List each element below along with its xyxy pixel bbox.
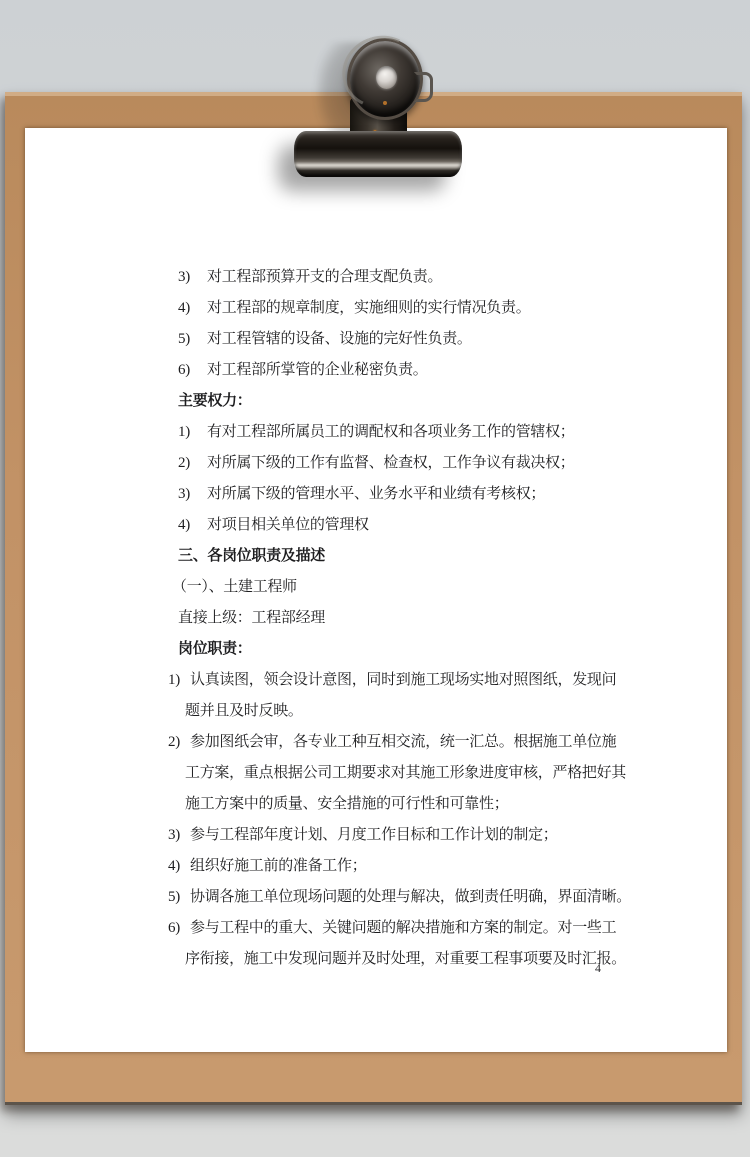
doc-line-text: （一）、土建工程师 xyxy=(172,579,297,595)
doc-line: 6)参与工程中的重大、关键问题的解决措施和方案的制定。对一些工 xyxy=(25,913,727,944)
doc-line: 5)对工程管辖的设备、设施的完好性负责。 xyxy=(25,324,727,355)
doc-line-text: 序衔接，施工中发现问题并及时处理，对重要工程事项要及时汇报。 xyxy=(185,951,626,967)
doc-line-text: 参与工程部年度计划、月度工作目标和工作计划的制定； xyxy=(190,827,558,843)
doc-line: 直接上级：工程部经理 xyxy=(25,603,727,634)
doc-line-text: 施工方案中的质量、安全措施的可行性和可靠性； xyxy=(185,796,508,812)
doc-line: 工方案，重点根据公司工期要求对其施工形象进度审核，严格把好其 xyxy=(25,758,727,789)
doc-line: 2)对所属下级的工作有监督、检查权，工作争议有裁决权； xyxy=(25,448,727,479)
page-number: 4 xyxy=(595,961,601,976)
doc-line: 施工方案中的质量、安全措施的可行性和可靠性； xyxy=(25,789,727,820)
clipboard-board: 3)对工程部预算开支的合理支配负责。4)对工程部的规章制度，实施细则的实行情况负… xyxy=(5,92,742,1105)
doc-line: 2)参加图纸会审，各专业工种互相交流，统一汇总。根据施工单位施 xyxy=(25,727,727,758)
doc-line: 岗位职责： xyxy=(25,634,727,665)
list-marker: 6) xyxy=(168,913,190,944)
doc-line: 4)对项目相关单位的管理权 xyxy=(25,510,727,541)
clipboard-photo-scene: 3)对工程部预算开支的合理支配负责。4)对工程部的规章制度，实施细则的实行情况负… xyxy=(0,0,750,1157)
doc-line-text: 题并且及时反映。 xyxy=(185,703,303,719)
doc-line-text: 对所属下级的管理水平、业务水平和业绩有考核权； xyxy=(207,486,545,502)
doc-line-text: 直接上级：工程部经理 xyxy=(178,610,325,626)
doc-line-text: 组织好施工前的准备工作； xyxy=(190,858,366,874)
doc-line-text: 主要权力： xyxy=(178,393,252,409)
list-marker: 2) xyxy=(178,448,207,479)
doc-line-text: 对工程部所掌管的企业秘密负责。 xyxy=(207,362,428,378)
list-marker: 2) xyxy=(168,727,190,758)
doc-line-text: 参加图纸会审，各专业工种互相交流，统一汇总。根据施工单位施 xyxy=(190,734,616,750)
doc-line-text: 对工程部的规章制度，实施细则的实行情况负责。 xyxy=(207,300,530,316)
doc-line: 题并且及时反映。 xyxy=(25,696,727,727)
doc-line-text: 对所属下级的工作有监督、检查权，工作争议有裁决权； xyxy=(207,455,575,471)
doc-line-text: 对项目相关单位的管理权 xyxy=(207,517,369,533)
doc-line: 4)对工程部的规章制度，实施细则的实行情况负责。 xyxy=(25,293,727,324)
list-marker: 3) xyxy=(178,479,207,510)
doc-line: 3)对所属下级的管理水平、业务水平和业绩有考核权； xyxy=(25,479,727,510)
list-marker: 3) xyxy=(168,820,190,851)
clip-knob-hole xyxy=(376,66,397,89)
doc-line-text: 参与工程中的重大、关键问题的解决措施和方案的制定。对一些工 xyxy=(190,920,616,936)
list-marker: 5) xyxy=(178,324,207,355)
doc-line: 三、各岗位职责及描述 xyxy=(25,541,727,572)
list-marker: 1) xyxy=(178,417,207,448)
doc-line: 1)认真读图，领会设计意图，同时到施工现场实地对照图纸，发现问 xyxy=(25,665,727,696)
list-marker: 1) xyxy=(168,665,190,696)
doc-line-text: 协调各施工单位现场问题的处理与解决，做到责任明确，界面清晰。 xyxy=(190,889,631,905)
list-marker: 3) xyxy=(178,262,207,293)
doc-line-text: 工方案，重点根据公司工期要求对其施工形象进度审核，严格把好其 xyxy=(185,765,626,781)
list-marker: 6) xyxy=(178,355,207,386)
document-lines: 3)对工程部预算开支的合理支配负责。4)对工程部的规章制度，实施细则的实行情况负… xyxy=(25,262,727,975)
doc-line: 5)协调各施工单位现场问题的处理与解决，做到责任明确，界面清晰。 xyxy=(25,882,727,913)
list-marker: 4) xyxy=(178,510,207,541)
doc-line: 主要权力： xyxy=(25,386,727,417)
doc-line-text: 三、各岗位职责及描述 xyxy=(178,548,325,564)
doc-line: 6)对工程部所掌管的企业秘密负责。 xyxy=(25,355,727,386)
document-page: 3)对工程部预算开支的合理支配负责。4)对工程部的规章制度，实施细则的实行情况负… xyxy=(25,128,727,1052)
doc-line: （一）、土建工程师 xyxy=(25,572,727,603)
list-marker: 4) xyxy=(178,293,207,324)
doc-line: 4)组织好施工前的准备工作； xyxy=(25,851,727,882)
doc-line-text: 有对工程部所属员工的调配权和各项业务工作的管辖权； xyxy=(207,424,575,440)
doc-line: 序衔接，施工中发现问题并及时处理，对重要工程事项要及时汇报。 xyxy=(25,944,727,975)
list-marker: 5) xyxy=(168,882,190,913)
doc-line-text: 对工程管辖的设备、设施的完好性负责。 xyxy=(207,331,472,347)
doc-line: 3)对工程部预算开支的合理支配负责。 xyxy=(25,262,727,293)
doc-line-text: 认真读图，领会设计意图，同时到施工现场实地对照图纸，发现问 xyxy=(190,672,616,688)
doc-line: 3)参与工程部年度计划、月度工作目标和工作计划的制定； xyxy=(25,820,727,851)
list-marker: 4) xyxy=(168,851,190,882)
doc-line: 1)有对工程部所属员工的调配权和各项业务工作的管辖权； xyxy=(25,417,727,448)
doc-line-text: 对工程部预算开支的合理支配负责。 xyxy=(207,269,442,285)
doc-line-text: 岗位职责： xyxy=(178,641,252,657)
